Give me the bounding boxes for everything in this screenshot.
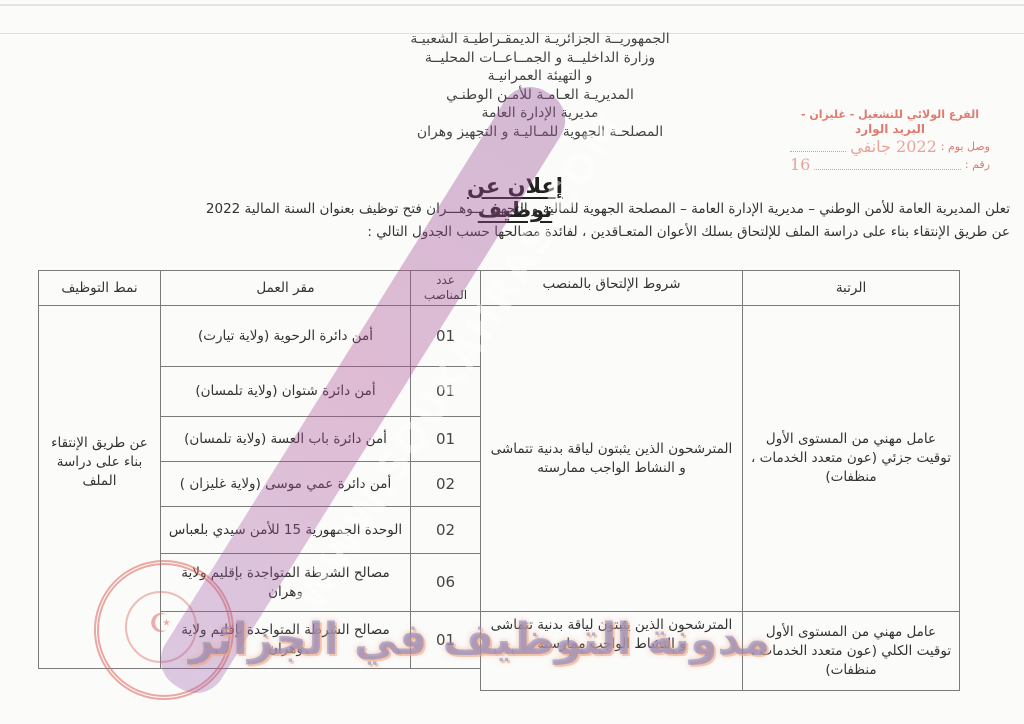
stamp-number-row: رقم : 16 <box>790 158 990 172</box>
stamp-mail-label: البريد الوارد <box>790 122 990 136</box>
header-workplace: مقر العمل <box>160 270 411 306</box>
header-line: الجمهوريــة الجزائريـة الديمقـراطيـة الش… <box>380 30 700 49</box>
scanned-document: الجمهوريــة الجزائريـة الديمقـراطيـة الش… <box>0 0 1024 724</box>
conditions-part-time: المترشحون الذين يثبتون لياقة بدنية تتماش… <box>480 305 743 612</box>
dotted-line <box>814 161 961 170</box>
stamp-date-value: 2022 جانفي <box>850 140 936 154</box>
positions-cell: 06 <box>410 553 481 612</box>
rank-full-time: عامل مهني من المستوى الأول توقيت الكلي (… <box>742 611 960 691</box>
header-rank: الرتبة <box>742 270 960 306</box>
positions-cell: 02 <box>410 506 481 554</box>
header-line: وزارة الداخليــة و الجمــاعــات المحليــ… <box>380 49 700 68</box>
bottom-watermark: مدونة التوظيف في الجزائر <box>390 614 770 665</box>
stamp-date-row: وصل يوم : 2022 جانفي <box>790 140 990 154</box>
dotted-line <box>790 143 846 152</box>
stamp-office: الفرع الولائي للتشغيل - غليزان - <box>790 108 990 122</box>
stamp-number-value: 16 <box>790 158 810 172</box>
rank-part-time: عامل مهني من المستوى الأول توقيت جزئي (ع… <box>742 305 960 612</box>
reception-stamp: الفرع الولائي للتشغيل - غليزان - البريد … <box>790 108 990 172</box>
stamp-date-label: وصل يوم : <box>941 140 990 154</box>
scan-artifact <box>0 4 1024 6</box>
header-mode: نمط التوظيف <box>38 270 161 306</box>
stamp-number-label: رقم : <box>965 158 990 172</box>
crescent-star-icon: ☪ <box>149 609 172 639</box>
